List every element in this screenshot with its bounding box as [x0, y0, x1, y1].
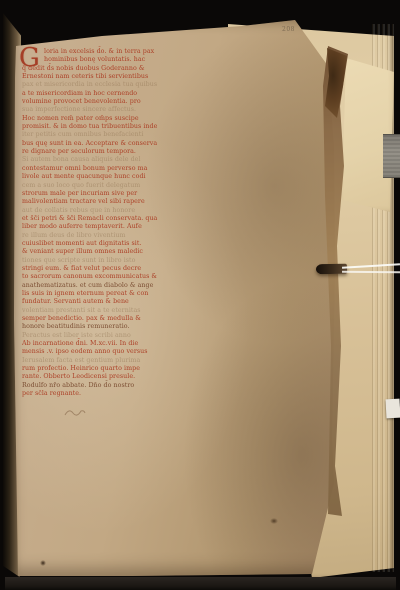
book-board-shadow — [5, 577, 396, 590]
text-line: volentiam prestanti sit a te eternitas — [22, 307, 162, 315]
text-line: a te misericordiam in hoc cernendo — [22, 90, 162, 98]
text-line: malivolentiam tractare vel sibi rapere — [22, 198, 162, 206]
text-line: q̄ dedit d̄s nobis duobus Goderanno & — [22, 65, 162, 73]
text-line: Hoc nomen rem̄ pater om̄ps suscipe — [22, 115, 162, 123]
text-line: cem a suo loco quo fuerit delegatum — [22, 182, 162, 190]
text-line: lis suis in ignem eternum pereat & con — [22, 290, 162, 298]
text-line: to sacrorum canonum excommunicatus & — [22, 273, 162, 281]
text-line: re illum deus de libro viventium — [22, 232, 162, 240]
text-line: rum profectio. Heinrico quarto impe — [22, 365, 162, 373]
manuscript-photo: 208 G loria in excelsis d̄o. & in terra … — [0, 0, 400, 590]
text-line: Ierusalem facta est gentium plurima — [22, 357, 162, 365]
text-line: loria in excelsis d̄o. & in terra pax — [22, 48, 162, 56]
page-weight-pointer — [316, 264, 347, 275]
text-line: stringi eum. & fiat velut pecus decre — [22, 265, 162, 273]
text-line: strorum male per incuriam sive per — [22, 190, 162, 198]
text-line: pax et misericordia in ecclesia tua quib… — [22, 81, 162, 89]
text-line: livole aut mente quacunque hunc codi — [22, 173, 162, 181]
text-line: mensis .v. ipso eodem anno quo versus — [22, 348, 162, 356]
text-line: re dignare per seculorum tempora. — [22, 148, 162, 156]
text-line: sua imperfectione sincere affectus. — [22, 106, 162, 114]
text-line: & veniant super illum omnes maledic — [22, 248, 162, 256]
text-line: Peractus est liber iste scribi anno — [22, 332, 162, 340]
text-line: Si autem bona causa aliquis dele del — [22, 156, 162, 164]
text-line: bus quę sunt in ea. Acceptare & conserva — [22, 140, 162, 148]
text-line: per sc̄la regnante. — [22, 390, 162, 398]
text-line: Rodulfo nr̄o abbate. Dn̄o d̄o nostro — [22, 382, 162, 390]
pen-trial-scribble — [63, 406, 87, 420]
text-line: rante. Obberto Leodicensi presule. — [22, 373, 162, 381]
text-line: honore beatitudinis remuneratio. — [22, 323, 162, 331]
text-line: aut de collatis rebus que in honore — [22, 207, 162, 215]
white-tab — [386, 399, 400, 419]
text-line: fundatur. Servanti autem & bene — [22, 298, 162, 306]
text-line: promisit. & in domo tua tribuentibus ind… — [22, 123, 162, 131]
text-line: Ab incarnatione d̄ni. M.xc.vii. In die — [22, 340, 162, 348]
text-line: tiones que scripte sunt in libro isto — [22, 257, 162, 265]
paper-insert-leaf — [338, 54, 394, 212]
text-line: anathematizatus. et cum diabolo & ange — [22, 282, 162, 290]
support-strap — [383, 134, 400, 178]
text-line: Ernestoni nam ceteris tibi servientibus — [22, 73, 162, 81]
manuscript-text-block: loria in excelsis d̄o. & in terra paxhom… — [22, 48, 162, 398]
text-line: contestamur omni bonum perverso ma — [22, 165, 162, 173]
text-line: liber modo auferre temptaverit. Aufe — [22, 223, 162, 231]
text-line: et s̄c̄i petri & s̄c̄i Remacli conservat… — [22, 215, 162, 223]
text-line: cuiuslibet momenti aut dignitatis sit. — [22, 240, 162, 248]
text-line: volumine provocet benevolentia. pro — [22, 98, 162, 106]
folio-number: 208 — [282, 26, 295, 33]
text-line: hominibus bonę voluntatis. hac — [22, 56, 162, 64]
text-line: semper benedictio. pax & medulla & — [22, 315, 162, 323]
text-line: iter petitis cum omnibus benefacienti — [22, 131, 162, 139]
